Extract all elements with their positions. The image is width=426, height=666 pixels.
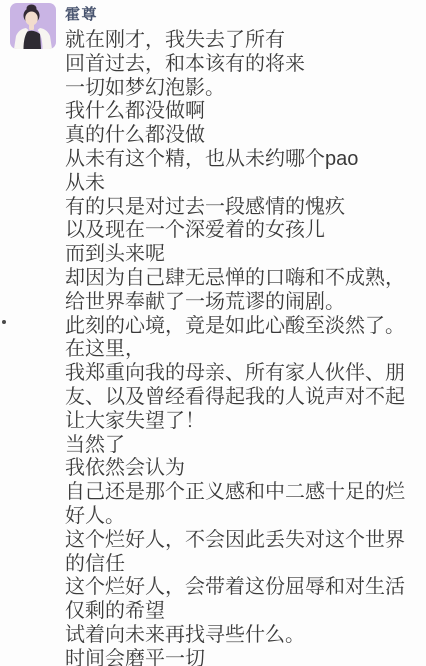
post-line: 这个烂好人，不会因此丢失对这个世界 [65, 529, 425, 553]
post-line: 一切如梦幻泡影。 [65, 77, 425, 101]
post-line: 真的什么都没做 [65, 124, 425, 148]
post-line: 从未有这个精，也从未约哪个pao [65, 148, 425, 172]
screen-artifact-dot [2, 320, 6, 324]
post-line: 我什么都没做啊 [65, 100, 425, 124]
post-line: 当然了 [65, 434, 425, 458]
post-line: 而到头来呢 [65, 243, 425, 267]
post-line: 友、以及曾经看得起我的人说声对不起 [65, 386, 425, 410]
post-line: 这个烂好人，会带着这份屈辱和对生活 [65, 576, 425, 600]
post-line: 好人。 [65, 505, 425, 529]
post-line: 试着向未来再找寻些什么。 [65, 624, 425, 648]
post-line: 在这里， [65, 338, 425, 362]
post-line: 此刻的心境，竟是如此心酸至淡然了。 [65, 315, 425, 339]
post-line: 我郑重向我的母亲、所有家人伙伴、朋 [65, 362, 425, 386]
post-line: 给世界奉献了一场荒谬的闹剧。 [65, 291, 425, 315]
post-line: 让大家失望了！ [65, 410, 425, 434]
post-line: 从未 [65, 172, 425, 196]
post-line: 回首过去，和本该有的将来 [65, 53, 425, 77]
avatar-illustration-icon [10, 3, 56, 49]
post-line: 我依然会认为 [65, 457, 425, 481]
post-text: 就在刚才，我失去了所有回首过去，和本该有的将来一切如梦幻泡影。我什么都没做啊真的… [65, 29, 425, 666]
post-line: 有的只是对过去一段感情的愧疚 [65, 196, 425, 220]
author-name[interactable]: 霍尊 [65, 3, 98, 24]
post-line: 自己还是那个正义感和中二感十足的烂 [65, 481, 425, 505]
user-avatar[interactable] [10, 3, 56, 49]
post-line: 以及现在一个深爱着的女孩儿 [65, 219, 425, 243]
post-line: 却因为自己肆无忌惮的口嗨和不成熟， [65, 267, 425, 291]
post-line: 的信任 [65, 553, 425, 577]
post-line: 仅剩的希望 [65, 600, 425, 624]
post-line: 时间会磨平一切 [65, 648, 425, 666]
post-line: 就在刚才，我失去了所有 [65, 29, 425, 53]
